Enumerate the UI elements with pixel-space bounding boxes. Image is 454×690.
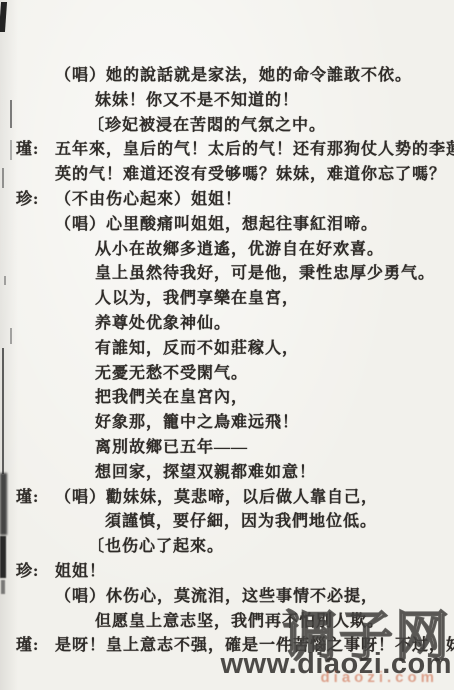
- script-line: 好象那，籠中之鳥难远飛！: [0, 411, 454, 436]
- line-text: 五年來，皇后的气！太后的气！还有那狗仗人势的李蓮: [55, 141, 454, 158]
- speaker-label: 瑾:: [16, 138, 55, 163]
- script-line: 珍:姐姐！: [0, 560, 454, 585]
- line-text: 无憂无愁不受閑气。: [95, 365, 248, 382]
- line-text: 英的气！难道还沒有受够嗎？妹妹，难道你忘了嗎？: [55, 166, 446, 183]
- line-text: 姐姐！: [55, 563, 106, 580]
- script-line: 皇上虽然待我好，可是他，秉性忠厚少勇气。: [0, 262, 454, 287]
- speaker-label: 珍:: [16, 560, 55, 585]
- stage-direction: 〔珍妃被浸在苦悶的气氛之中。: [0, 114, 454, 139]
- line-text: 养尊处优象神仙。: [95, 315, 231, 332]
- line-text: 皇上虽然待我好，可是他，秉性忠厚少勇气。: [95, 265, 435, 282]
- line-text: 人以为，我們享樂在皇宮，: [95, 290, 299, 307]
- speaker-label: 珍:: [16, 188, 55, 213]
- stage-direction: 〔也伤心了起來。: [0, 535, 454, 560]
- script-line: 养尊处优象神仙。: [0, 312, 454, 337]
- script-line: （唱）休伤心，莫流泪，这些事情不必提，: [0, 585, 454, 610]
- script-line: 瑾:（唱）勸妹妹，莫悲啼，以后做人靠自己，: [0, 486, 454, 511]
- script-line: 把我們关在皇宮內，: [0, 386, 454, 411]
- line-text: 想回家，探望双親都难如意！: [95, 464, 316, 481]
- script-line: 离別故鄉已五年——: [0, 436, 454, 461]
- line-text: 〔也伤心了起來。: [88, 538, 224, 555]
- line-text: 須謹慎，要仔細，因为我們地位低。: [105, 513, 377, 530]
- line-text: （唱）勸妹妹，莫悲啼，以后做人靠自己，: [55, 489, 378, 506]
- script-line: 妹妹！你又不是不知道的！: [0, 89, 454, 114]
- script-line: 瑾:五年來，皇后的气！太后的气！还有那狗仗人势的李蓮: [0, 138, 454, 163]
- speaker-label: 瑾:: [16, 486, 55, 511]
- script-text-block: （唱）她的說話就是家法，她的命令誰敢不依。 妹妹！你又不是不知道的！ 〔珍妃被浸…: [0, 64, 454, 659]
- line-text: （不由伤心起來）姐姐！: [55, 191, 242, 208]
- line-text: （唱）她的說話就是家法，她的命令誰敢不依。: [55, 67, 412, 84]
- script-line: 有誰知，反而不如莊稼人，: [0, 337, 454, 362]
- line-text: 〔珍妃被浸在苦悶的气氛之中。: [88, 117, 326, 134]
- script-line: （唱）她的說話就是家法，她的命令誰敢不依。: [0, 64, 454, 89]
- script-line: 英的气！难道还沒有受够嗎？妹妹，难道你忘了嗎？: [0, 163, 454, 188]
- script-line: 人以为，我們享樂在皇宮，: [0, 287, 454, 312]
- line-text: 离別故鄉已五年——: [95, 439, 248, 456]
- scan-artifact: [0, 2, 7, 32]
- watermark-ghost-text: diaozi.com: [320, 669, 438, 686]
- line-text: 妹妹！你又不是不知道的！: [95, 92, 299, 109]
- scanned-script-page: （唱）她的說話就是家法，她的命令誰敢不依。 妹妹！你又不是不知道的！ 〔珍妃被浸…: [0, 0, 454, 690]
- script-line: 想回家，探望双親都难如意！: [0, 461, 454, 486]
- line-text: 好象那，籠中之鳥难远飛！: [95, 414, 299, 431]
- line-text: 把我們关在皇宮內，: [95, 389, 248, 406]
- line-text: （唱）心里酸痛叫姐姐，想起往事紅泪啼。: [55, 216, 378, 233]
- script-line: （唱）心里酸痛叫姐姐，想起往事紅泪啼。: [0, 213, 454, 238]
- line-text: 从小在故鄉多逍遙，优游自在好欢喜。: [95, 241, 384, 258]
- speaker-label: 瑾:: [16, 634, 55, 659]
- script-line: 須謹慎，要仔細，因为我們地位低。: [0, 510, 454, 535]
- line-text: 有誰知，反而不如莊稼人，: [95, 340, 299, 357]
- script-line: 无憂无愁不受閑气。: [0, 362, 454, 387]
- script-line: 珍:（不由伤心起來）姐姐！: [0, 188, 454, 213]
- line-text: （唱）休伤心，莫流泪，这些事情不必提，: [55, 588, 378, 605]
- script-line: 从小在故鄉多逍遙，优游自在好欢喜。: [0, 238, 454, 263]
